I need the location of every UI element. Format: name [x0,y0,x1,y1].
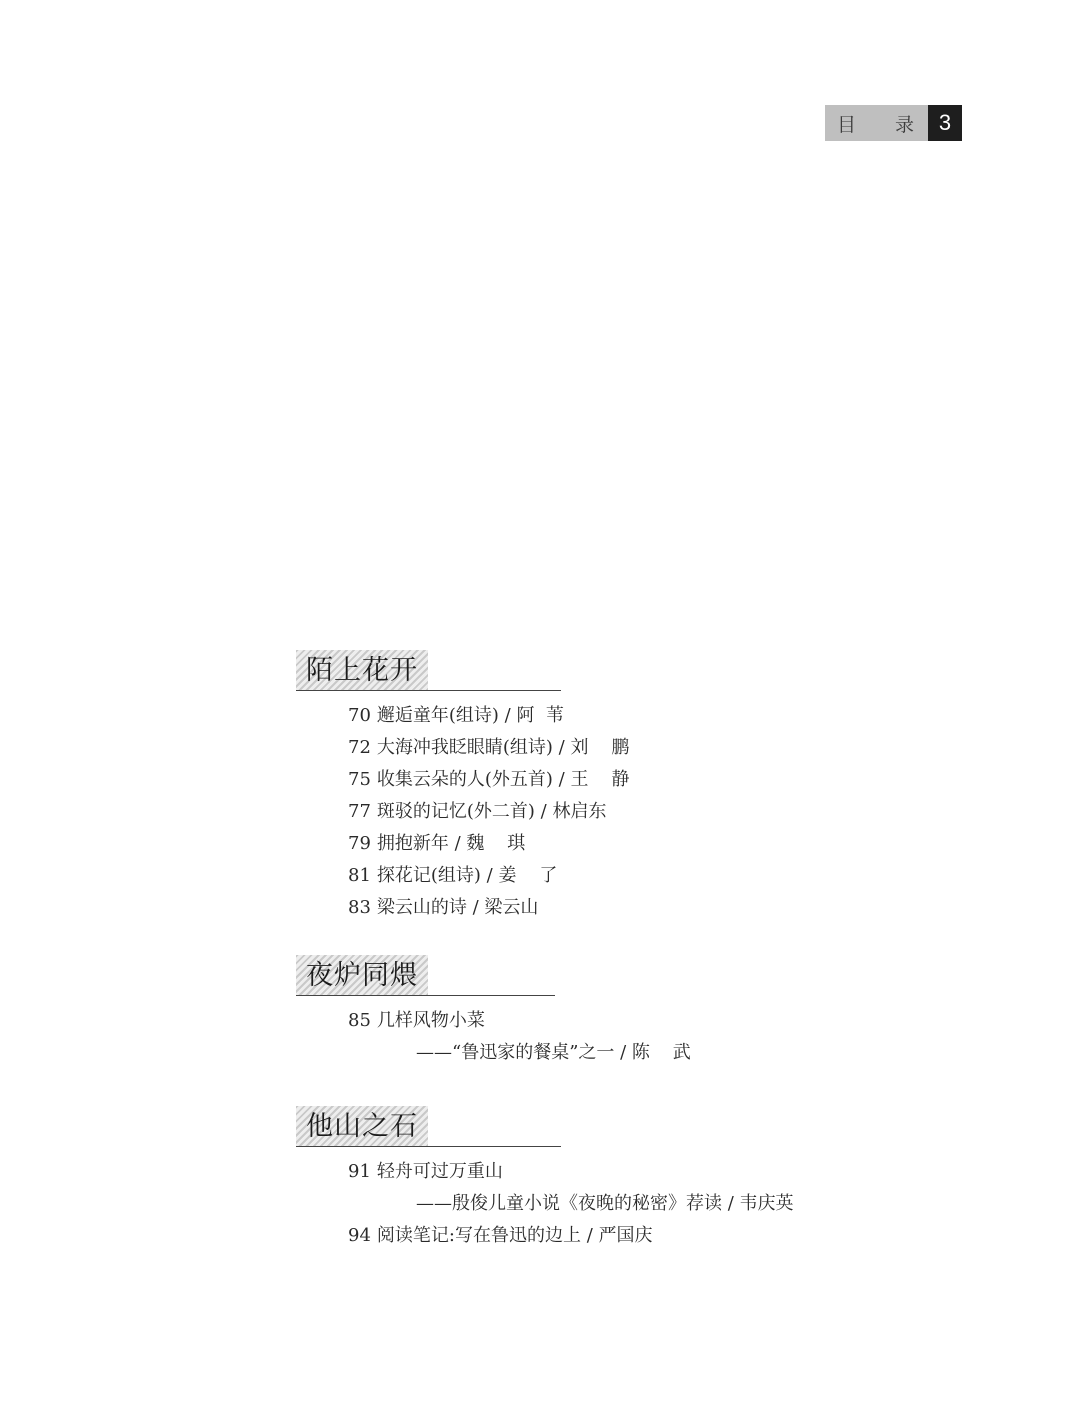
entry-page: 85 [348,1010,371,1031]
entry-title: 拥抱新年 / 魏 琪 [377,833,525,854]
toc-entry[interactable]: 94阅读笔记:写在鲁迅的边上 / 严国庆 [296,1220,794,1252]
toc-entry[interactable]: 83梁云山的诗 / 梁云山 [296,892,629,924]
page-number: 3 [928,105,962,141]
toc-entry[interactable]: 70邂逅童年(组诗) / 阿 苇 [296,700,629,732]
entry-page: 70 [348,705,371,726]
section-title: 他山之石 [296,1106,428,1146]
toc-entry[interactable]: 81探花记(组诗) / 姜 了 [296,860,629,892]
toc-entry[interactable]: 77斑驳的记忆(外二首) / 林启东 [296,796,629,828]
section-divider [296,995,555,996]
toc-label: 目 录 [825,105,928,141]
entry-title: 梁云山的诗 / 梁云山 [377,897,539,918]
entry-title: 大海冲我眨眼睛(组诗) / 刘 鹏 [377,737,629,758]
toc-label-left: 目 [837,110,856,137]
entry-title: 轻舟可过万重山 [377,1161,503,1182]
section-tashanzhishi: 他山之石 91轻舟可过万重山 ——殷俊儿童小说《夜晚的秘密》荐读 / 韦庆英 9… [296,1106,794,1252]
toc-entry[interactable]: 79拥抱新年 / 魏 琪 [296,828,629,860]
entry-subtitle: ——“鲁迅家的餐桌”之一 / 陈 武 [296,1037,691,1069]
entry-page: 81 [348,865,371,886]
entry-list: 91轻舟可过万重山 ——殷俊儿童小说《夜晚的秘密》荐读 / 韦庆英 94阅读笔记… [296,1156,794,1252]
section-heading: 陌上花开 [296,650,629,692]
entry-title: 几样风物小菜 [377,1010,485,1031]
entry-subtitle: ——殷俊儿童小说《夜晚的秘密》荐读 / 韦庆英 [296,1188,794,1220]
section-divider [296,690,561,691]
entry-title: 探花记(组诗) / 姜 了 [377,865,557,886]
toc-entry[interactable]: 85几样风物小菜 [296,1005,691,1037]
entry-page: 77 [348,801,371,822]
section-heading: 他山之石 [296,1106,794,1148]
section-title: 夜炉同煨 [296,955,428,995]
entry-page: 83 [348,897,371,918]
entry-title: 阅读笔记:写在鲁迅的边上 / 严国庆 [377,1225,653,1246]
toc-label-right: 录 [895,110,914,137]
section-title: 陌上花开 [296,650,428,690]
entry-page: 79 [348,833,371,854]
entry-page: 91 [348,1161,371,1182]
entry-title: 邂逅童年(组诗) / 阿 苇 [377,705,564,726]
toc-entry[interactable]: 91轻舟可过万重山 [296,1156,794,1188]
entry-page: 94 [348,1225,371,1246]
section-moshanghuakai: 陌上花开 70邂逅童年(组诗) / 阿 苇 72大海冲我眨眼睛(组诗) / 刘 … [296,650,629,924]
toc-header-tab: 目 录 3 [825,105,962,141]
section-divider [296,1146,561,1147]
entry-list: 85几样风物小菜 ——“鲁迅家的餐桌”之一 / 陈 武 [296,1005,691,1069]
entry-page: 72 [348,737,371,758]
entry-title: 斑驳的记忆(外二首) / 林启东 [377,801,607,822]
entry-title: 收集云朵的人(外五首) / 王 静 [377,769,629,790]
entry-page: 75 [348,769,371,790]
section-yeluotongwei: 夜炉同煨 85几样风物小菜 ——“鲁迅家的餐桌”之一 / 陈 武 [296,955,691,1069]
entry-list: 70邂逅童年(组诗) / 阿 苇 72大海冲我眨眼睛(组诗) / 刘 鹏 75收… [296,700,629,924]
section-heading: 夜炉同煨 [296,955,691,997]
toc-entry[interactable]: 72大海冲我眨眼睛(组诗) / 刘 鹏 [296,732,629,764]
toc-entry[interactable]: 75收集云朵的人(外五首) / 王 静 [296,764,629,796]
